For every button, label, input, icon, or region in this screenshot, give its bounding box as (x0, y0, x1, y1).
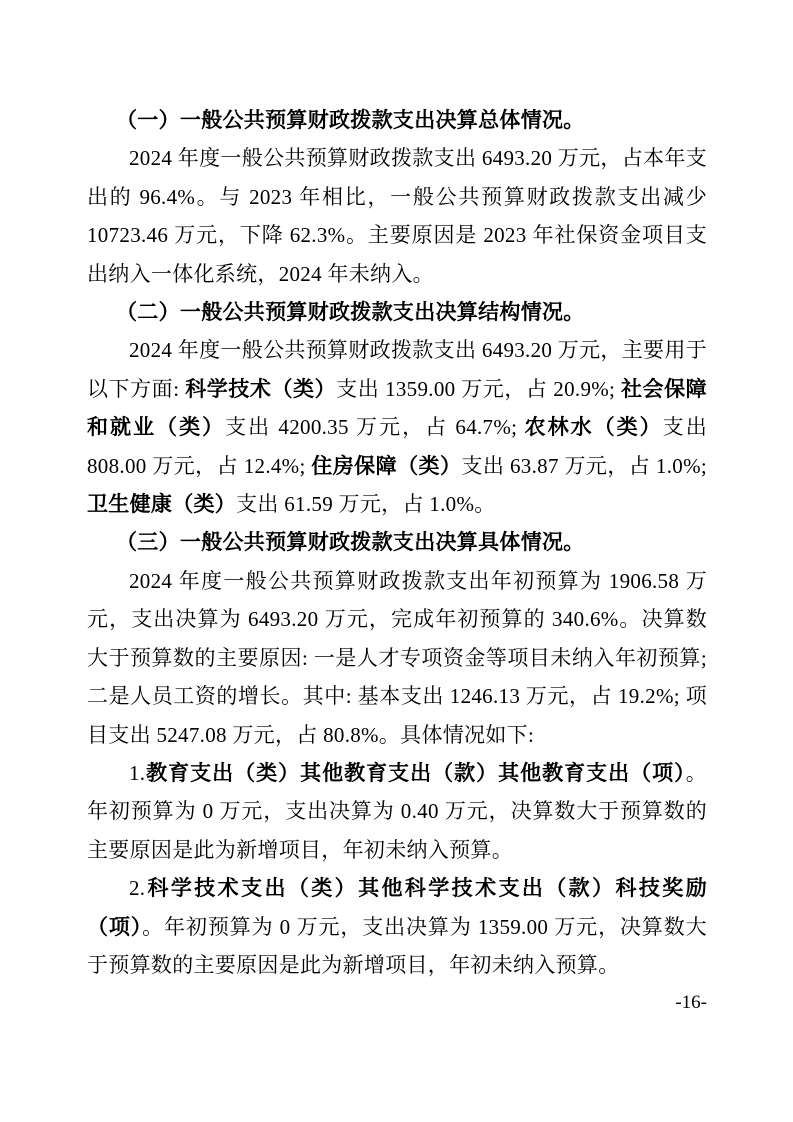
body-paragraph: 1.教育支出（类）其他教育支出（款）其他教育支出（项）。年初预算为 0 万元，支… (87, 754, 707, 869)
section-heading: （二）一般公共预算财政拨款支出决算结构情况。 (87, 293, 707, 331)
emphasis-text-run: 农林水（类） (525, 415, 663, 439)
text-run: 2024 年度一般公共预算财政拨款支出 6493.20 万元，占本年支出的 96… (87, 146, 707, 285)
text-run: 2024 年度一般公共预算财政拨款支出年初预算为 1906.58 万元，支出决算… (87, 569, 707, 747)
text-run: 支出 61.59 万元，占 1.0%。 (236, 492, 495, 516)
body-paragraph: 2024 年度一般公共预算财政拨款支出 6493.20 万元，主要用于以下方面:… (87, 331, 707, 523)
document-page: （一）一般公共预算财政拨款支出决算总体情况。2024 年度一般公共预算财政拨款支… (0, 0, 793, 1122)
text-run: 。年初预算为 0 万元，支出决算为 1359.00 万元，决算数大于预算数的主要… (87, 915, 707, 977)
emphasis-text-run: （二）一般公共预算财政拨款支出决算结构情况。 (116, 300, 585, 324)
emphasis-text-run: （三）一般公共预算财政拨款支出决算具体情况。 (116, 530, 585, 554)
emphasis-text-run: 教育支出（类）其他教育支出（款）其他教育支出（项） (145, 761, 685, 785)
text-run: 支出 4200.35 万元，占 64.7%; (225, 415, 524, 439)
text-run: 2. (129, 876, 145, 900)
emphasis-text-run: 卫生健康（类） (87, 492, 236, 516)
text-run: 支出 1359.00 万元，占 20.9%; (336, 377, 621, 401)
document-content: （一）一般公共预算财政拨款支出决算总体情况。2024 年度一般公共预算财政拨款支… (87, 101, 707, 984)
emphasis-text-run: （一）一般公共预算财政拨款支出决算总体情况。 (116, 108, 585, 132)
section-heading: （一）一般公共预算财政拨款支出决算总体情况。 (87, 101, 707, 139)
emphasis-text-run: 住房保障（类） (311, 454, 461, 478)
section-heading: （三）一般公共预算财政拨款支出决算具体情况。 (87, 523, 707, 561)
body-paragraph: 2.科学技术支出（类）其他科学技术支出（款）科技奖励（项）。年初预算为 0 万元… (87, 869, 707, 984)
body-paragraph: 2024 年度一般公共预算财政拨款支出 6493.20 万元，占本年支出的 96… (87, 139, 707, 293)
text-run: 支出 63.87 万元，占 1.0%; (461, 454, 707, 478)
body-paragraph: 2024 年度一般公共预算财政拨款支出年初预算为 1906.58 万元，支出决算… (87, 562, 707, 754)
emphasis-text-run: 科学技术（类） (185, 377, 336, 401)
text-run: 1. (129, 761, 145, 785)
page-number: -16- (675, 991, 707, 1015)
